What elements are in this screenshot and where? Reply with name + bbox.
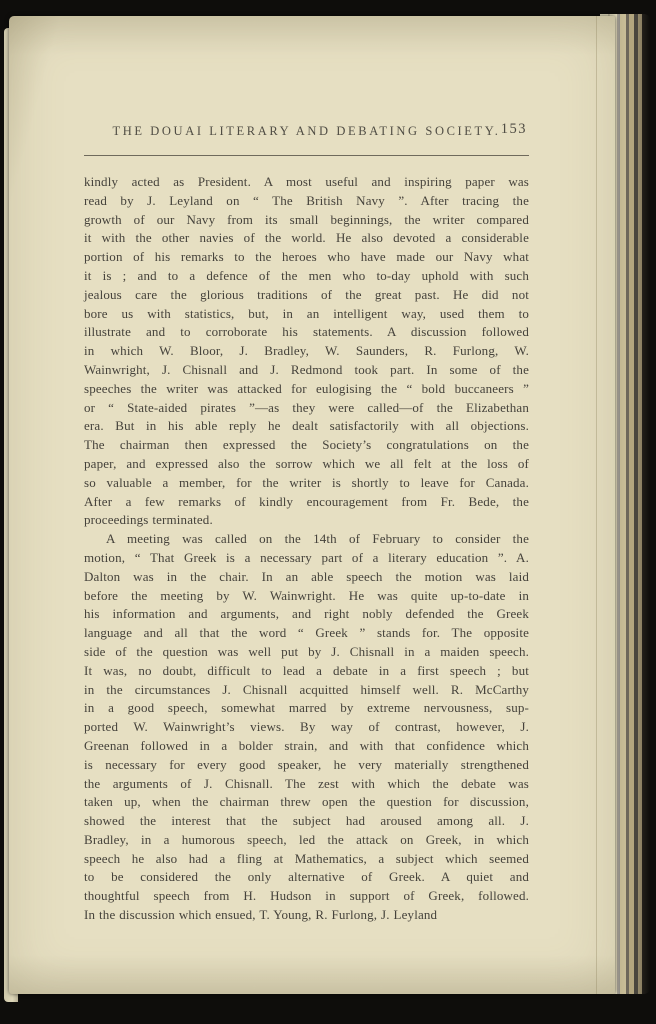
text-line: illustrate and to corroborate his statem… bbox=[84, 323, 529, 342]
text-line: thoughtful speech from H. Hudson in supp… bbox=[84, 887, 529, 906]
text-line: The chairman then expressed the Society’… bbox=[84, 436, 529, 455]
text-line: read by J. Leyland on “ The British Navy… bbox=[84, 192, 529, 211]
text-line: It was, no doubt, difficult to lead a de… bbox=[84, 662, 529, 681]
text-line: speech he also had a fling at Mathematic… bbox=[84, 850, 529, 869]
text-line: or “ State-aided pirates ”—as they were … bbox=[84, 399, 529, 418]
page-number: 153 bbox=[501, 121, 527, 138]
text-line: Bradley, in a humorous speech, led the a… bbox=[84, 831, 529, 850]
text-line: language and all that the word “ Greek ”… bbox=[84, 624, 529, 643]
text-line: in the circumstances J. Chisnall acquitt… bbox=[84, 681, 529, 700]
paragraph: A meeting was called on the 14th of Febr… bbox=[84, 530, 529, 925]
text-line: bore us with statistics, but, in an inte… bbox=[84, 305, 529, 324]
text-block: THE DOUAI LITERARY AND DEBATING SOCIETY.… bbox=[84, 122, 529, 925]
text-line: motion, “ That Greek is a necessary part… bbox=[84, 549, 529, 568]
text-line: Dalton was in the chair. In an able spee… bbox=[84, 568, 529, 587]
text-line: in a good speech, somewhat marred by ext… bbox=[84, 699, 529, 718]
text-line: A meeting was called on the 14th of Febr… bbox=[84, 530, 529, 549]
text-line: After a few remarks of kindly encouragem… bbox=[84, 493, 529, 512]
text-line: Greenan followed in a bolder strain, and… bbox=[84, 737, 529, 756]
paragraph: kindly acted as President. A most useful… bbox=[84, 173, 529, 530]
text-line: era. But in his able reply he dealt sati… bbox=[84, 417, 529, 436]
text-line: before the meeting by W. Wainwright. He … bbox=[84, 587, 529, 606]
text-line: showed the interest that the subject had… bbox=[84, 812, 529, 831]
running-header: THE DOUAI LITERARY AND DEBATING SOCIETY.… bbox=[84, 122, 529, 142]
text-line: the arguments of J. Chisnall. The zest w… bbox=[84, 775, 529, 794]
text-line: taken up, when the chairman threw open t… bbox=[84, 793, 529, 812]
text-line: his information and arguments, and right… bbox=[84, 605, 529, 624]
text-line: growth of our Navy from its small beginn… bbox=[84, 211, 529, 230]
text-line: in which W. Bloor, J. Bradley, W. Saunde… bbox=[84, 342, 529, 361]
header-rule bbox=[84, 155, 529, 156]
text-line: ported W. Wainwright’s views. By way of … bbox=[84, 718, 529, 737]
text-line: is necessary for every good speaker, he … bbox=[84, 756, 529, 775]
text-line: portion of his remarks to the heroes who… bbox=[84, 248, 529, 267]
book-page: THE DOUAI LITERARY AND DEBATING SOCIETY.… bbox=[9, 16, 615, 994]
text-line: In the discussion which ensued, T. Young… bbox=[84, 906, 529, 925]
text-line: it is ; and to a defence of the men who … bbox=[84, 267, 529, 286]
running-header-title: THE DOUAI LITERARY AND DEBATING SOCIETY. bbox=[112, 124, 500, 138]
text-line: kindly acted as President. A most useful… bbox=[84, 173, 529, 192]
scanned-book-photo: THE DOUAI LITERARY AND DEBATING SOCIETY.… bbox=[0, 0, 656, 1024]
text-line: so valuable a member, for the writer is … bbox=[84, 474, 529, 493]
text-line: it with the other navies of the world. H… bbox=[84, 229, 529, 248]
text-line: Wainwright, J. Chisnall and J. Redmond t… bbox=[84, 361, 529, 380]
text-line: side of the question was well put by J. … bbox=[84, 643, 529, 662]
page-body-text: kindly acted as President. A most useful… bbox=[84, 173, 529, 925]
text-line: proceedings terminated. bbox=[84, 511, 529, 530]
text-line: speeches the writer was attacked for eul… bbox=[84, 380, 529, 399]
text-line: paper, and expressed also the sorrow whi… bbox=[84, 455, 529, 474]
text-line: jealous care the glorious traditions of … bbox=[84, 286, 529, 305]
text-line: to be considered the only alternative of… bbox=[84, 868, 529, 887]
